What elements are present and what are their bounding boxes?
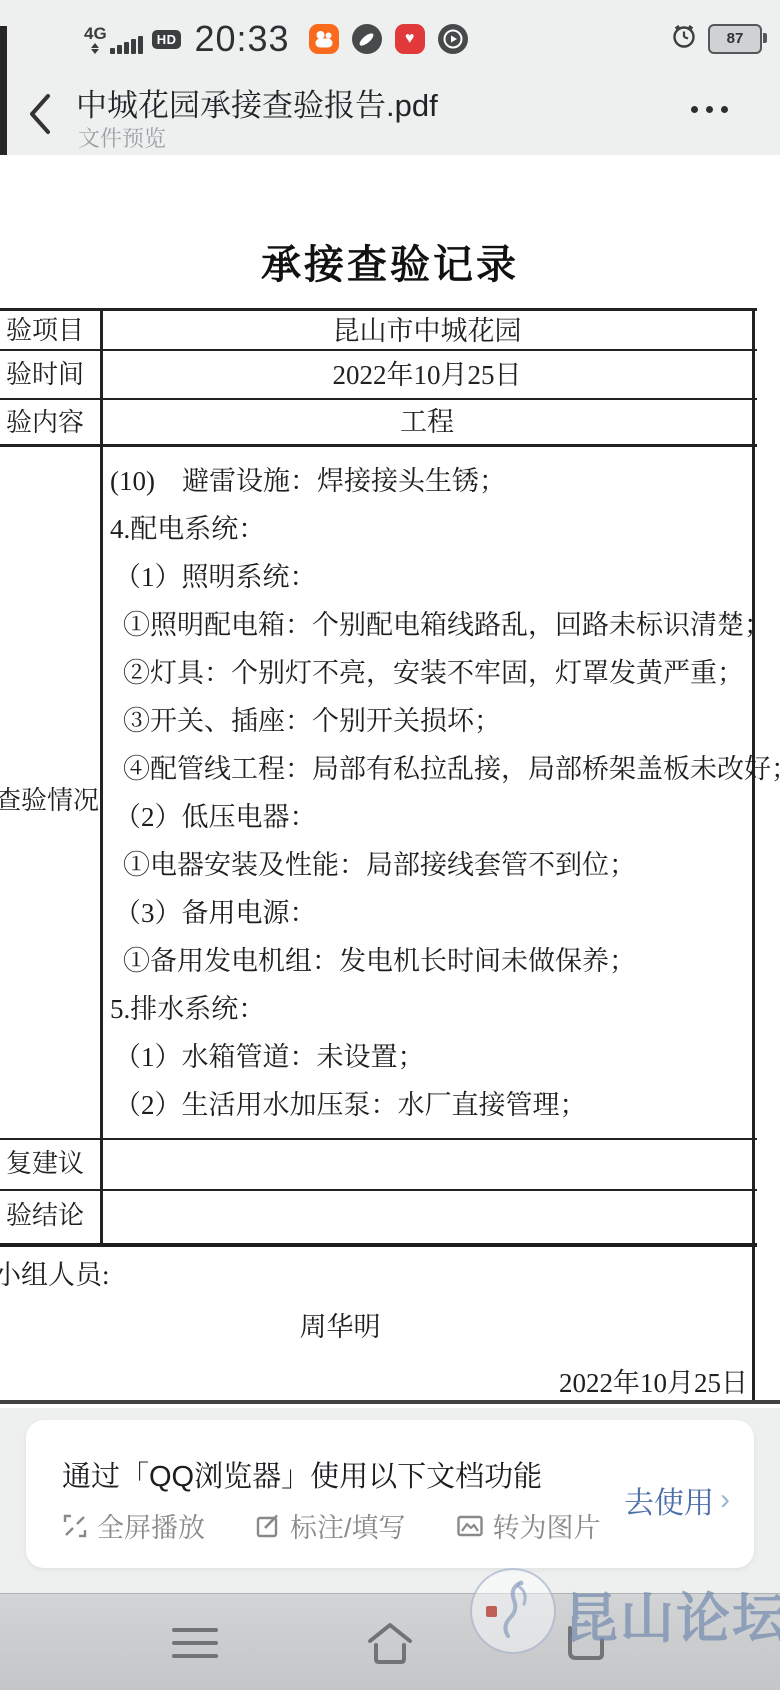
inspection-line: ①备用发电机组：发电机长时间未做保养； bbox=[102, 937, 752, 985]
document-title: 承接查验记录 bbox=[10, 233, 770, 290]
battery-percent: 87 bbox=[727, 30, 744, 47]
back-recent-icon bbox=[560, 1620, 610, 1666]
promo-features: 全屏播放 标注/填写 转为图片 bbox=[62, 1506, 601, 1545]
chevron-right-icon: › bbox=[720, 1483, 730, 1517]
system-navbar bbox=[0, 1593, 780, 1690]
team-member-name: 周华明 bbox=[0, 1305, 680, 1344]
feature-fullscreen[interactable]: 全屏播放 bbox=[62, 1506, 205, 1545]
go-use-label: 去使用 bbox=[624, 1478, 714, 1522]
inspection-line: （2）低压电器： bbox=[102, 793, 752, 841]
nav-home-button[interactable] bbox=[330, 1594, 450, 1690]
row-label-conclusion: 验结论 bbox=[0, 1193, 100, 1239]
feature-label: 转为图片 bbox=[493, 1506, 601, 1545]
pdf-page: 承接查验记录 验项目 昆山市中城花园 验时间 2022年10月25日 验内容 工… bbox=[0, 155, 780, 1408]
battery-indicator: 87 bbox=[708, 24, 762, 54]
alarm-clock-icon bbox=[670, 22, 698, 55]
row-label-inspection: 查验情况 bbox=[0, 777, 100, 825]
battery-nub bbox=[763, 33, 767, 43]
fullscreen-icon bbox=[62, 1513, 88, 1539]
inspection-line: ①照明配电箱：个别配电箱线路乱，回路未标识清楚； bbox=[102, 601, 752, 649]
status-left-cluster: 4G HD 20:33 ♥ bbox=[84, 18, 468, 60]
row-value-time: 2022年10月25日 bbox=[102, 353, 752, 397]
back-button[interactable] bbox=[22, 88, 58, 140]
inspection-content: (10) 避雷设施：焊接接头生锈； 4.配电系统： （1）照明系统： ①照明配电… bbox=[102, 457, 752, 1129]
hd-badge: HD bbox=[152, 30, 182, 49]
inspection-line: ①电器安装及性能：局部接线套管不到位； bbox=[102, 841, 752, 889]
team-label: 小组人员: bbox=[0, 1253, 300, 1292]
feature-label: 标注/填写 bbox=[290, 1506, 406, 1545]
table-row-divider bbox=[0, 444, 757, 447]
go-use-button[interactable]: 去使用 › bbox=[624, 1478, 730, 1522]
menu-icon bbox=[172, 1628, 218, 1658]
status-right-cluster: 87 bbox=[670, 22, 762, 55]
file-preview-label: 文件预览 bbox=[78, 122, 166, 153]
network-signal-icon: 4G bbox=[84, 25, 143, 54]
image-convert-icon bbox=[456, 1513, 484, 1539]
feature-label: 全屏播放 bbox=[97, 1506, 205, 1545]
data-arrows-icon bbox=[91, 43, 99, 54]
home-icon bbox=[364, 1619, 416, 1667]
status-time: 20:33 bbox=[194, 18, 289, 60]
network-type-label: 4G bbox=[84, 25, 107, 42]
row-label-project: 验项目 bbox=[0, 313, 100, 349]
table-row-divider bbox=[0, 398, 757, 400]
table-row-divider bbox=[0, 349, 757, 351]
status-bar: 4G HD 20:33 ♥ bbox=[0, 0, 780, 70]
table-border-top bbox=[0, 308, 757, 311]
inspection-line: （1）水箱管道：未设置； bbox=[102, 1033, 752, 1081]
kuaishou-icon bbox=[309, 24, 339, 54]
inspection-line: 5.排水系统： bbox=[102, 985, 752, 1033]
inspection-line: ③开关、插座：个别开关损坏； bbox=[102, 697, 752, 745]
table-row-divider bbox=[0, 1189, 757, 1191]
more-menu-button[interactable] bbox=[691, 106, 728, 113]
notification-icons: ♥ bbox=[309, 24, 468, 54]
file-title: 中城花园承接查验报告.pdf bbox=[76, 80, 636, 125]
red-app-icon: ♥ bbox=[395, 24, 425, 54]
file-preview-header: 中城花园承接查验报告.pdf 文件预览 bbox=[0, 70, 780, 155]
inspection-line: ②灯具：个别灯不亮，安装不牢固，灯罩发黄严重； bbox=[102, 649, 752, 697]
inspection-line: ④配管线工程：局部有私拉乱接，局部桥架盖板未改好； bbox=[102, 745, 752, 793]
inspection-line: （3）备用电源： bbox=[102, 889, 752, 937]
inspection-line: （1）照明系统： bbox=[102, 553, 752, 601]
inspection-line: (10) 避雷设施：焊接接头生锈； bbox=[102, 457, 752, 505]
row-value-content: 工程 bbox=[102, 401, 752, 444]
row-label-time: 验时间 bbox=[0, 353, 100, 397]
page-bottom-edge bbox=[0, 1400, 780, 1404]
browser-crescent-icon bbox=[352, 24, 382, 54]
qq-browser-promo-card[interactable]: 通过「QQ浏览器」使用以下文档功能 全屏播放 标注/填写 bbox=[26, 1420, 754, 1568]
table-row-divider bbox=[0, 1138, 757, 1140]
nav-back-button[interactable] bbox=[525, 1594, 645, 1690]
row-label-content: 验内容 bbox=[0, 401, 100, 444]
nav-menu-button[interactable] bbox=[135, 1594, 255, 1690]
row-value-project: 昆山市中城花园 bbox=[102, 313, 752, 349]
table-border-inner-bottom bbox=[0, 1243, 757, 1247]
table-border-right bbox=[752, 308, 755, 1402]
phone-screen: 4G HD 20:33 ♥ bbox=[0, 0, 780, 1690]
video-play-icon bbox=[438, 24, 468, 54]
inspection-line: 4.配电系统： bbox=[102, 505, 752, 553]
report-date: 2022年10月25日 bbox=[559, 1361, 748, 1400]
inspection-line: （2）生活用水加压泵：水厂直接管理； bbox=[102, 1081, 752, 1129]
row-label-review: 复建议 bbox=[0, 1141, 100, 1187]
promo-title: 通过「QQ浏览器」使用以下文档功能 bbox=[62, 1454, 542, 1495]
feature-annotate[interactable]: 标注/填写 bbox=[255, 1506, 406, 1545]
signal-bars-icon bbox=[110, 34, 143, 54]
annotate-icon bbox=[255, 1513, 281, 1539]
feature-to-image[interactable]: 转为图片 bbox=[456, 1506, 601, 1545]
